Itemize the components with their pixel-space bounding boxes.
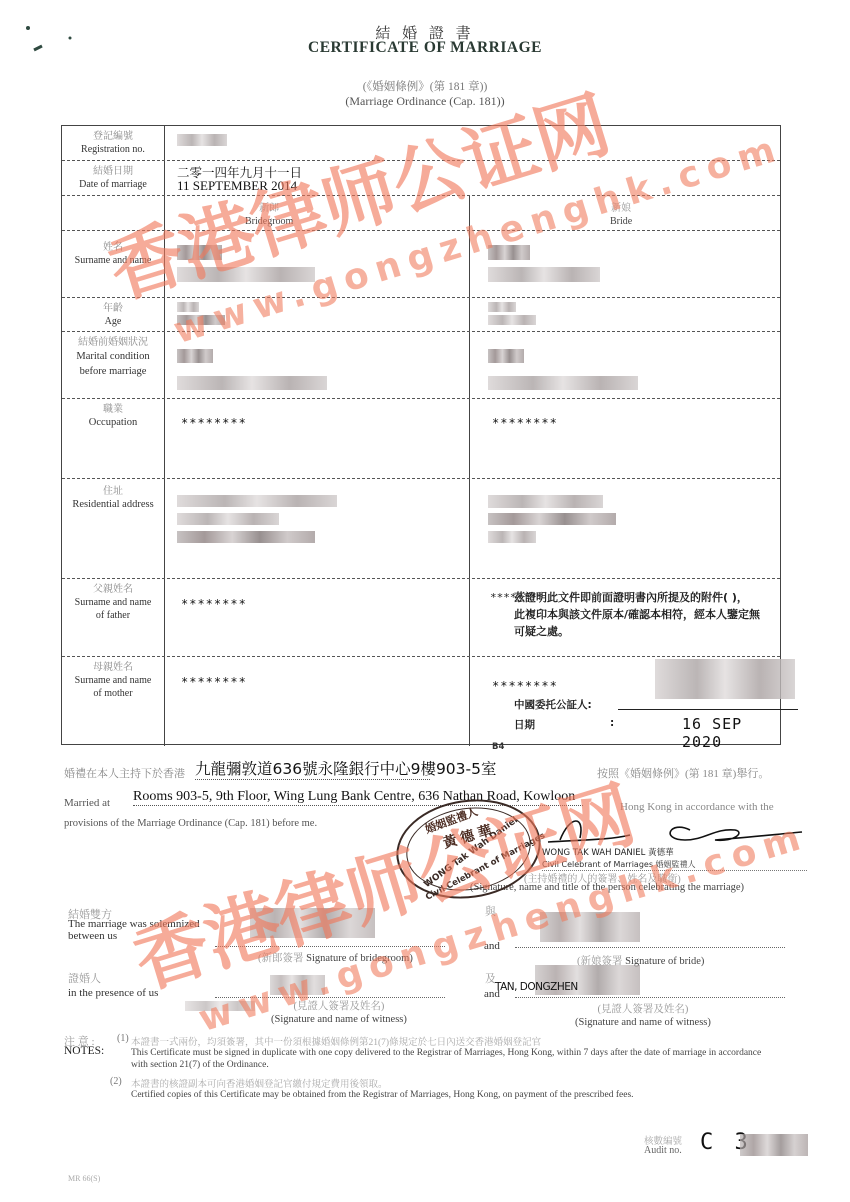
and-label-zh: 與 xyxy=(485,903,496,919)
redacted-groom-name-zh xyxy=(177,245,222,260)
occupation-label: 職業 Occupation xyxy=(62,399,165,478)
groom-occupation: ******** xyxy=(165,399,470,478)
name-label-en: Surname and name xyxy=(62,254,164,267)
date-label-zh: 結婚日期 xyxy=(62,165,164,178)
redacted-bride-address-1 xyxy=(488,495,603,508)
mother-label: 母親姓名 Surname and name of mother xyxy=(62,657,165,746)
cert-line-2: 此複印本與該文件原本/確認本相符，經本人鑒定無 xyxy=(494,606,784,623)
form-code: MR 66(S) xyxy=(68,1174,100,1183)
occupation-row: 職業 Occupation ******** ******** xyxy=(62,399,780,479)
place-prefix-zh: 婚禮在本人主持下於香港 xyxy=(64,765,185,781)
groom-column-header: 新郎 Bridegroom xyxy=(165,196,470,230)
bride-address xyxy=(470,479,782,578)
witness1-caption-en: (Signature and name of witness) xyxy=(271,1013,407,1026)
name-label-zh: 姓名 xyxy=(62,241,164,254)
address-label-zh: 住址 xyxy=(62,485,164,498)
marital-label-en-2: before marriage xyxy=(62,365,164,378)
place-value-zh: 九龍彌敦道636號永隆銀行中心9樓903-5室 xyxy=(195,757,430,780)
redacted-bride-marital-zh xyxy=(488,349,524,363)
registration-label-zh: 登記編號 xyxy=(62,130,164,143)
witness2-name: TAN, DONGZHEN xyxy=(495,981,578,993)
certificate-title-en: CERTIFICATE OF MARRIAGE xyxy=(0,39,850,57)
redacted-witness1-name xyxy=(185,1001,255,1011)
note-2-zh: 本證書的核證副本可向香港婚姻登記官繳付規定費用後領取。 xyxy=(131,1076,388,1090)
blank-label xyxy=(62,196,165,230)
redacted-groom-marital-en xyxy=(177,376,327,390)
page-code: B4 xyxy=(492,742,504,752)
groom-age xyxy=(165,298,470,331)
registration-row: 登記編號 Registration no. xyxy=(62,126,780,161)
place-value-en: Rooms 903-5, 9th Floor, Wing Lung Bank C… xyxy=(133,789,583,806)
certificate-table: 登記編號 Registration no. 結婚日期 Date of marri… xyxy=(61,125,781,745)
bride-header: 新娘 Bride xyxy=(610,202,632,228)
cert-line-3: 可疑之處。 xyxy=(494,623,784,640)
groom-header-en: Bridegroom xyxy=(245,215,293,228)
groom-mother: ******** xyxy=(165,657,470,746)
bride-name xyxy=(470,231,782,297)
witness1-caption: (見證人簽署及姓名) (Signature and name of witnes… xyxy=(271,1000,407,1026)
redacted-notary-seal xyxy=(655,659,795,699)
age-row: 年齡 Age xyxy=(62,298,780,332)
note-1-number: (1) xyxy=(117,1033,129,1044)
bride-mother: ******** 中國委托公証人: 日期 : 16 SEP 2020 xyxy=(470,657,782,746)
column-header-row: 新郎 Bridegroom 新娘 Bride xyxy=(62,196,780,231)
occupation-label-en: Occupation xyxy=(62,416,164,429)
redacted-bride-name-en xyxy=(488,267,600,282)
bride-father: ******** 茲證明此文件即前面證明書內所提及的附件( )， 此複印本與該文… xyxy=(470,579,782,656)
redacted-bride-address-2 xyxy=(488,513,616,525)
redacted-groom-marital-zh xyxy=(177,349,213,363)
mother-label-zh: 母親姓名 xyxy=(62,661,164,674)
age-label-zh: 年齡 xyxy=(62,302,164,315)
note-2-number: (2) xyxy=(110,1076,122,1087)
bride-header-zh: 新娘 xyxy=(610,202,632,215)
redacted-bride-signature xyxy=(540,912,640,942)
redacted-registration-no xyxy=(177,134,227,146)
witness2-caption-en: (Signature and name of witness) xyxy=(575,1016,711,1029)
address-label: 住址 Residential address xyxy=(62,479,165,578)
notes-label-en: NOTES: xyxy=(64,1045,104,1057)
name-label: 姓名 Surname and name xyxy=(62,231,165,297)
groom-mother-value: ******** xyxy=(181,675,247,689)
bride-mother-value: ******** xyxy=(492,679,558,693)
groom-header: 新郎 Bridegroom xyxy=(245,202,293,228)
groom-address xyxy=(165,479,470,578)
celebrant-signature xyxy=(540,810,810,850)
groom-father: ******** xyxy=(165,579,470,656)
groom-header-zh: 新郎 xyxy=(245,202,293,215)
celebrant-name: WONG TAK WAH DANIEL 黃德華 xyxy=(542,846,674,858)
date-row: 結婚日期 Date of marriage 二零一四年九月十一日 11 SEPT… xyxy=(62,161,780,196)
marital-row: 結婚前婚姻狀況 Marital condition before marriag… xyxy=(62,332,780,399)
audit-label-en: Audit no. xyxy=(644,1145,682,1156)
groom-occupation-value: ******** xyxy=(181,416,247,430)
groom-signature-line xyxy=(215,946,445,947)
cert-line-1-text: 茲證明此文件即前面證明書內所提及的附件( )， xyxy=(514,589,748,606)
redacted-witness1-signature xyxy=(270,975,325,995)
and-label-en: and xyxy=(484,940,500,953)
redacted-bride-marital-en xyxy=(488,376,638,390)
marital-label: 結婚前婚姻狀況 Marital condition before marriag… xyxy=(62,332,165,398)
marital-label-en-1: Marital condition xyxy=(62,349,164,365)
redacted-bride-age xyxy=(488,302,516,312)
bride-age xyxy=(470,298,782,331)
groom-signature-caption: (新郎簽署 Signature of bridegroom) xyxy=(258,950,413,965)
place-suffix-zh: 按照《婚姻條例》(第 181 章)舉行。 xyxy=(597,765,769,781)
witness2-caption-zh: (見證人簽署及姓名) xyxy=(575,1003,711,1016)
groom-caption-en: Signature of bridegroom) xyxy=(306,953,413,964)
presence-label-zh: 證婚人 xyxy=(68,970,101,986)
age-label: 年齡 Age xyxy=(62,298,165,331)
note-1-en: This Certificate must be signed in dupli… xyxy=(131,1047,771,1071)
notary-date-value: 16 SEP 2020 xyxy=(682,715,782,751)
groom-marital xyxy=(165,332,470,398)
date-value: 二零一四年九月十一日 11 SEPTEMBER 2014 xyxy=(165,161,780,195)
bride-marital xyxy=(470,332,782,398)
presence-label-en: in the presence of us xyxy=(68,987,158,1000)
witness1-signature-line xyxy=(215,997,445,998)
registration-value xyxy=(165,126,780,160)
redacted-groom-address-2 xyxy=(177,513,279,525)
father-label-zh: 父親姓名 xyxy=(62,583,164,596)
note-2-en: Certified copies of this Certificate may… xyxy=(131,1089,771,1101)
redacted-groom-age xyxy=(177,302,199,312)
groom-caption-zh: (新郎簽署 xyxy=(258,953,304,964)
date-value-en: 11 SEPTEMBER 2014 xyxy=(177,178,297,194)
address-row: 住址 Residential address xyxy=(62,479,780,579)
redacted-groom-name-en xyxy=(177,267,315,282)
mother-label-en-2: of mother xyxy=(62,687,164,700)
redacted-bride-name-zh xyxy=(488,245,530,260)
mother-label-en-1: Surname and name xyxy=(62,674,164,687)
provisions-text: provisions of the Marriage Ordinance (Ca… xyxy=(64,818,317,829)
witness2-caption: (見證人簽署及姓名) (Signature and name of witnes… xyxy=(575,1003,711,1029)
redacted-audit-number xyxy=(740,1134,808,1156)
registration-label-en: Registration no. xyxy=(62,143,164,156)
notary-date-colon: : xyxy=(610,717,614,729)
notary-signature-line xyxy=(618,709,798,710)
groom-name xyxy=(165,231,470,297)
bride-signature-line xyxy=(515,947,785,948)
married-at-label: Married at xyxy=(64,797,110,809)
ordinance-zh: (《婚姻條例》(第 181 章)) xyxy=(0,78,850,94)
witness2-signature-line xyxy=(515,997,785,998)
notary-date-label: 日期 xyxy=(514,717,535,732)
redacted-bride-address-3 xyxy=(488,531,536,543)
solemnized-label-en-2: between us xyxy=(68,930,117,943)
redacted-groom-address-1 xyxy=(177,495,337,507)
marital-label-zh: 結婚前婚姻狀況 xyxy=(62,336,164,349)
father-label: 父親姓名 Surname and name of father xyxy=(62,579,165,656)
address-label-en: Residential address xyxy=(62,498,164,511)
father-label-en-2: of father xyxy=(62,609,164,622)
groom-father-value: ******** xyxy=(181,597,247,611)
bride-occupation: ******** xyxy=(470,399,782,478)
date-label: 結婚日期 Date of marriage xyxy=(62,161,165,195)
name-row: 姓名 Surname and name xyxy=(62,231,780,298)
bride-header-en: Bride xyxy=(610,215,632,228)
bride-column-header: 新娘 Bride xyxy=(470,196,782,230)
note-1-zh: 本證書一式兩份，均須簽署，其中一份須根據婚姻條例第21(7)條規定於七日內送交香… xyxy=(131,1034,541,1048)
father-row: 父親姓名 Surname and name of father ********… xyxy=(62,579,780,657)
notary-certification-text: ******** 茲證明此文件即前面證明書內所提及的附件( )， 此複印本與該文… xyxy=(494,589,784,640)
date-label-en: Date of marriage xyxy=(62,178,164,191)
bride-occupation-value: ******** xyxy=(492,416,558,430)
ordinance-en: (Marriage Ordinance (Cap. 181)) xyxy=(0,94,850,109)
registration-label: 登記編號 Registration no. xyxy=(62,126,165,160)
age-label-en: Age xyxy=(62,315,164,328)
redacted-bride-age-en xyxy=(488,315,536,325)
father-label-en-1: Surname and name xyxy=(62,596,164,609)
redacted-groom-address-3 xyxy=(177,531,315,543)
redacted-groom-age-en xyxy=(177,315,225,325)
mother-row: 母親姓名 Surname and name of mother ********… xyxy=(62,657,780,746)
witness1-caption-zh: (見證人簽署及姓名) xyxy=(271,1000,407,1013)
notary-label: 中國委托公証人: xyxy=(514,697,592,712)
occupation-label-zh: 職業 xyxy=(62,403,164,416)
redacted-groom-signature xyxy=(250,908,375,938)
